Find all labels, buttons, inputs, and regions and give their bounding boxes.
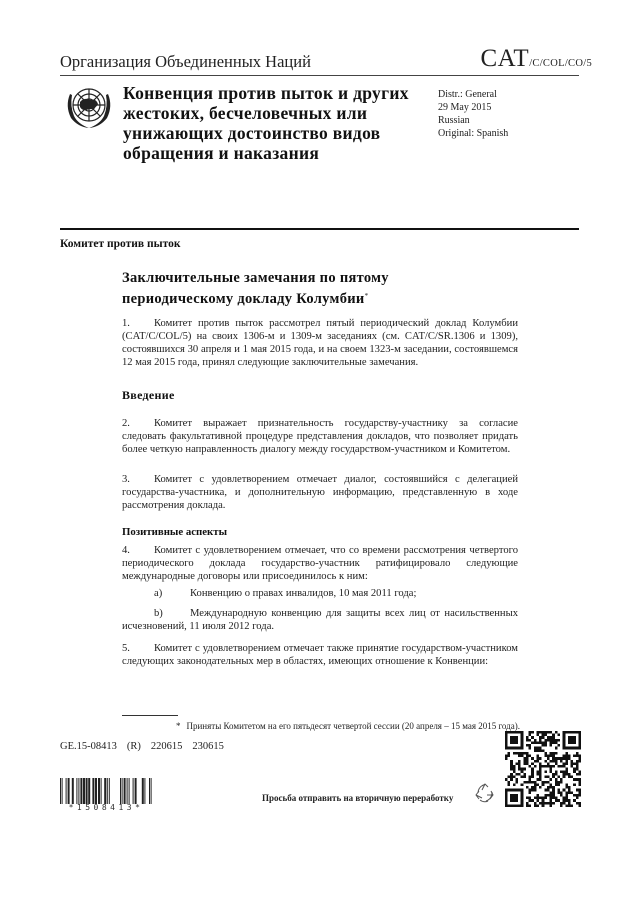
document-date: 29 May 2015: [438, 101, 508, 114]
title-footnote-marker[interactable]: *: [365, 292, 369, 300]
recycle-notice: Просьба отправить на вторичную переработ…: [262, 793, 453, 803]
footnote-separator: [122, 715, 178, 716]
job-number: GE.15-08413: [60, 741, 117, 752]
paragraph-text: Комитет с удовлетворением отмечает также…: [122, 643, 518, 667]
paragraph-5: 5.Комитет с удовлетворением отмечает так…: [122, 643, 518, 669]
paragraph-text: Комитет с удовлетворением отмечает диало…: [122, 474, 518, 511]
document-title: Заключительные замечания по пятому перио…: [122, 270, 482, 308]
paragraph-number: 5.: [122, 643, 154, 656]
subitem-b: b)Международную конвенцию для защиты все…: [122, 608, 518, 634]
heading-positive-aspects: Позитивные аспекты: [122, 526, 227, 538]
un-emblem-icon: [62, 80, 116, 134]
distribution-line: Distr.: General: [438, 88, 508, 101]
header-rule: [60, 75, 579, 76]
paragraph-text: Комитет против пыток рассмотрел пятый пе…: [122, 318, 518, 368]
convention-title: Конвенция против пыток и других жестоких…: [123, 83, 423, 163]
subitem-label: b): [122, 608, 190, 621]
paragraph-3: 3.Комитет с удовлетворением отмечает диа…: [122, 474, 518, 513]
recycle-icon: [474, 782, 496, 804]
qr-code-icon: [505, 731, 581, 807]
document-language: Russian: [438, 114, 508, 127]
paragraph-number: 4.: [122, 545, 154, 558]
symbol-main: CAT: [480, 45, 529, 72]
paragraph-text: Комитет выражает признательность государ…: [122, 418, 518, 455]
paragraph-2: 2.Комитет выражает признательность госуд…: [122, 418, 518, 457]
document-symbol: CAT/C/COL/CO/5: [480, 45, 592, 73]
paragraph-1: 1.Комитет против пыток рассмотрел пятый …: [122, 318, 518, 370]
barcode-number: *1508413*: [60, 803, 152, 812]
language-code: (R): [127, 741, 141, 752]
subitem-text: Конвенцию о правах инвалидов, 10 мая 201…: [190, 588, 416, 599]
job-number-line: GE.15-08413(R)220615230615: [60, 741, 234, 752]
subitem-label: a): [122, 588, 190, 601]
title-text: Заключительные замечания по пятому перио…: [122, 270, 389, 307]
footnote: *Приняты Комитетом на его пятьдесят четв…: [110, 721, 520, 731]
footnote-text: Приняты Комитетом на его пятьдесят четве…: [186, 721, 520, 731]
date-issued: 220615: [151, 741, 183, 752]
symbol-sub: /C/COL/CO/5: [529, 58, 592, 69]
original-language: Original: Spanish: [438, 127, 508, 140]
organization-name: Организация Объединенных Наций: [60, 52, 311, 72]
footnote-marker: *: [176, 721, 181, 731]
committee-name: Комитет против пыток: [60, 238, 181, 250]
paragraph-4: 4.Комитет с удовлетворением отмечает, чт…: [122, 545, 518, 584]
subitem-a: a)Конвенцию о правах инвалидов, 10 мая 2…: [122, 588, 518, 601]
barcode-icon: [60, 778, 152, 804]
paragraph-number: 2.: [122, 418, 154, 431]
distribution-info: Distr.: General 29 May 2015 Russian Orig…: [438, 88, 508, 140]
heading-introduction: Введение: [122, 388, 175, 403]
paragraph-number: 1.: [122, 318, 154, 331]
paragraph-text: Комитет с удовлетворением отмечает, что …: [122, 545, 518, 582]
date-printed: 230615: [192, 741, 224, 752]
paragraph-number: 3.: [122, 474, 154, 487]
masthead-rule: [60, 228, 579, 230]
